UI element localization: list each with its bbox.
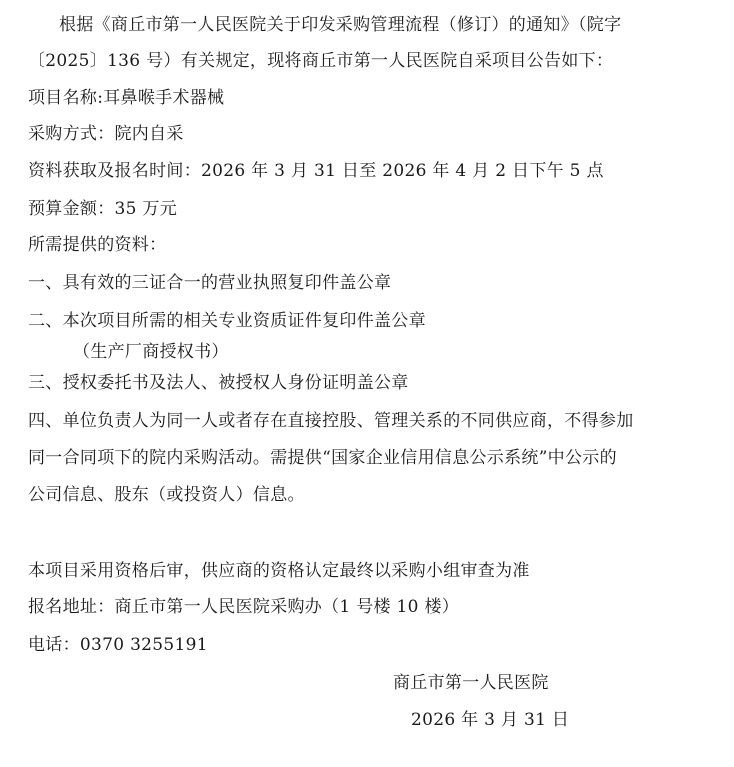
budget-amount: 预算金额：35 万元: [28, 198, 177, 220]
registration-time: 资料获取及报名时间：2026 年 3 月 31 日至 2026 年 4 月 2 …: [28, 160, 604, 182]
intro-paragraph-line-2: 〔2025〕136 号）有关规定，现将商丘市第一人民医院自采项目公告如下：: [28, 50, 613, 72]
intro-paragraph-line-1: 根据《商丘市第一人民医院关于印发采购管理流程（修订）的通知》（院字: [59, 14, 621, 36]
requirement-item-continued: 同一合同项下的院内采购活动。需提供“国家企业信用信息公示系统”中公示的: [28, 447, 617, 469]
requirement-item-continued: 公司信息、股东（或投资人）信息。: [28, 484, 305, 506]
required-materials-heading: 所需提供的资料：: [28, 234, 166, 256]
signature-date: 2026 年 3 月 31 日: [411, 709, 569, 731]
registration-address: 报名地址：商丘市第一人民医院采购办（1 号楼 10 楼）: [28, 596, 459, 618]
project-name: 项目名称:耳鼻喉手术器械: [28, 87, 224, 109]
requirement-item: 三、授权委托书及法人、被授权人身份证明盖公章: [28, 372, 409, 394]
procurement-method: 采购方式：院内自采: [28, 123, 184, 145]
signature-organization: 商丘市第一人民医院: [393, 672, 549, 694]
requirement-item: 一、具有效的三证合一的营业执照复印件盖公章: [28, 272, 391, 294]
contact-phone: 电话：0370 3255191: [28, 634, 208, 656]
requirement-item: 四、单位负责人为同一人或者存在直接控股、管理关系的不同供应商，不得参加: [28, 410, 634, 432]
qualification-review-note: 本项目采用资格后审，供应商的资格认定最终以采购小组审查为准: [28, 560, 530, 582]
requirement-item: 二、本次项目所需的相关专业资质证件复印件盖公章: [28, 310, 426, 332]
requirement-item-note: （生产厂商授权书）: [73, 341, 229, 363]
